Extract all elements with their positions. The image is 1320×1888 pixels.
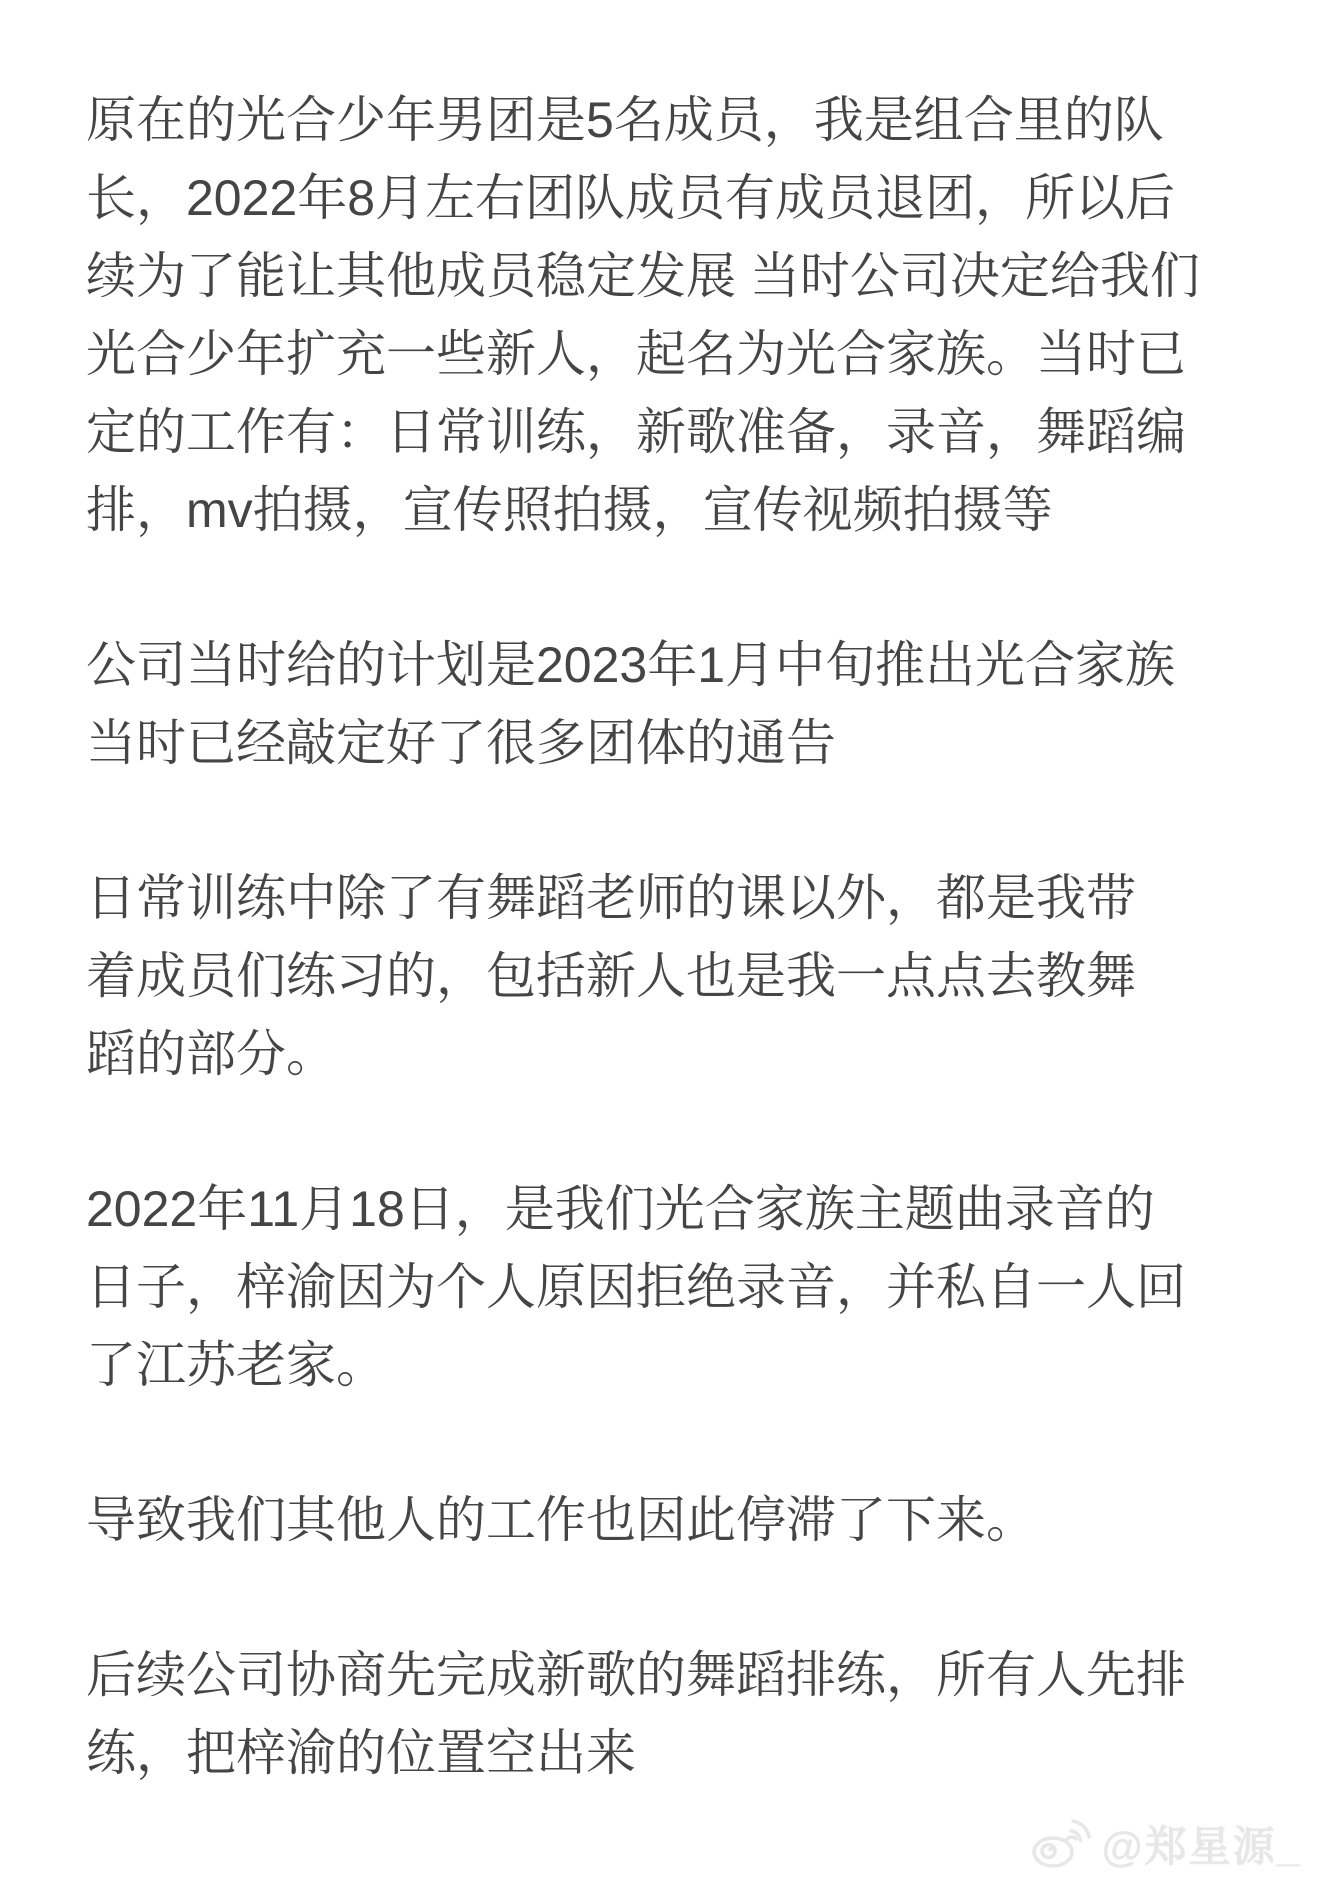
post-text: 原在的光合少年男团是5名成员，我是组合里的队 长，2022年8月左右团队成员有成…	[86, 81, 1276, 1869]
watermark-handle: @郑星源_	[1102, 1814, 1302, 1874]
paragraph-4: 2022年11月18日，是我们光合家族主题曲录音的 日子，梓渝因为个人原因拒绝录…	[86, 1170, 1276, 1404]
paragraph-5: 导致我们其他人的工作也因此停滞了下来。	[86, 1481, 1276, 1559]
weibo-icon	[1030, 1816, 1092, 1872]
paragraph-2: 公司当时给的计划是2023年1月中旬推出光合家族 当时已经敲定好了很多团体的通告	[86, 626, 1276, 782]
post-screenshot: 原在的光合少年男团是5名成员，我是组合里的队 长，2022年8月左右团队成员有成…	[0, 0, 1320, 1888]
paragraph-1: 原在的光合少年男团是5名成员，我是组合里的队 长，2022年8月左右团队成员有成…	[86, 81, 1276, 549]
watermark: @郑星源_	[1030, 1814, 1302, 1874]
paragraph-3: 日常训练中除了有舞蹈老师的课以外，都是我带 着成员们练习的，包括新人也是我一点点…	[86, 859, 1276, 1093]
paragraph-6: 后续公司协商先完成新歌的舞蹈排练，所有人先排 练，把梓渝的位置空出来	[86, 1636, 1276, 1792]
